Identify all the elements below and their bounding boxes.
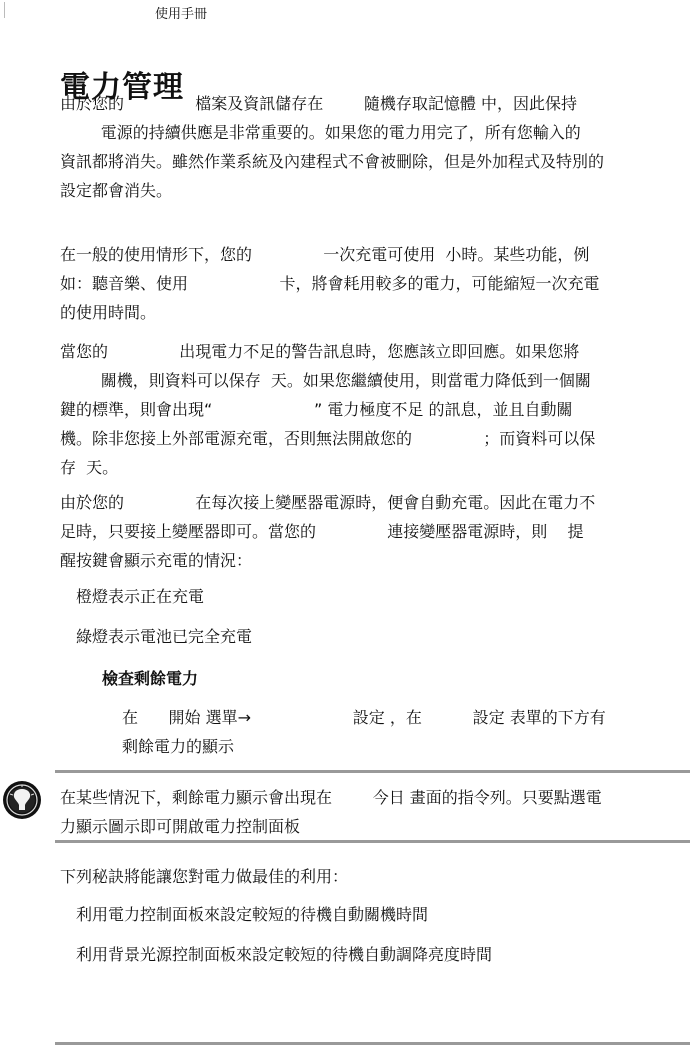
text-line: 關機，則資料可以保存 天。如果您繼續使用，則當電力降低到一個關: [60, 366, 690, 395]
check-power-instructions: 在 開始 選單→ 設定 ，在 設定 表單的下方有 剩餘電力的顯示: [122, 703, 692, 761]
text-line: 醒按鍵會顯示充電的情況：: [60, 546, 690, 575]
text-line: 資訊都將消失。雖然作業系統及內建程式不會被刪除，但是外加程式及特別的: [60, 147, 690, 176]
check-power-heading: 檢查剩餘電力: [102, 666, 198, 689]
text-line: 足時，只要接上變壓器即可。當您的 連接變壓器電源時，則 提: [60, 517, 690, 546]
text-line: 下列秘訣將能讓您對電力做最佳的利用：: [60, 862, 690, 891]
text-line: 鍵的標準，則會出現“ ” 電力極度不足 的訊息，並且自動關: [60, 395, 690, 424]
note-bottom-rule: [55, 840, 690, 843]
text-line: 剩餘電力的顯示: [122, 732, 692, 761]
tips-intro: 下列秘訣將能讓您對電力做最佳的利用：: [60, 862, 690, 891]
text-line: 在 開始 選單→ 設定 ，在 設定 表單的下方有: [122, 703, 692, 732]
text-line: 設定都會消失。: [60, 176, 690, 205]
paragraph-memory: 由於您的 檔案及資訊儲存在 隨機存取記憶體 中，因此保持 電源的持續供應是非常重…: [60, 89, 690, 205]
charge-indicator-green: 綠燈表示電池已完全充電: [76, 626, 252, 648]
note-text: 在某些情況下，剩餘電力顯示會出現在 今日 畫面的指令列。只要點選電 力顯示圖示即…: [60, 783, 690, 841]
text-line: 的使用時間。: [60, 298, 690, 327]
page-margin-mark: [4, 2, 5, 18]
paragraph-charging: 由於您的 在每次接上變壓器電源時，便會自動充電。因此在電力不 足時，只要接上變壓…: [60, 488, 690, 575]
text-line: 在一般的使用情形下，您的 一次充電可使用 小時。某些功能，例: [60, 240, 690, 269]
text-line: 由於您的 檔案及資訊儲存在 隨機存取記憶體 中，因此保持: [60, 89, 690, 118]
text-line: 由於您的 在每次接上變壓器電源時，便會自動充電。因此在電力不: [60, 488, 690, 517]
text-line: 力顯示圖示即可開啟電力控制面板: [60, 812, 690, 841]
lightbulb-tip-icon: [2, 780, 42, 820]
text-line: 電源的持續供應是非常重要的。如果您的電力用完了，所有您輸入的: [60, 118, 690, 147]
text-line: 機。除非您接上外部電源充電，否則無法開啟您的 ；而資料可以保: [60, 424, 690, 453]
running-header: 使用手冊: [155, 3, 207, 22]
paragraph-usage-time: 在一般的使用情形下，您的 一次充電可使用 小時。某些功能，例 如：聽音樂、使用 …: [60, 240, 690, 327]
text-line: 如：聽音樂、使用 卡，將會耗用較多的電力，可能縮短一次充電: [60, 269, 690, 298]
tip-item: 利用背景光源控制面板來設定較短的待機自動調降亮度時間: [76, 944, 492, 966]
text-line: 在某些情況下，剩餘電力顯示會出現在 今日 畫面的指令列。只要點選電: [60, 783, 690, 812]
paragraph-low-power-warning: 當您的 出現電力不足的警告訊息時，您應該立即回應。如果您將 關機，則資料可以保存…: [60, 337, 690, 482]
charge-indicator-orange: 橙燈表示正在充電: [76, 586, 204, 608]
text-line: 當您的 出現電力不足的警告訊息時，您應該立即回應。如果您將: [60, 337, 690, 366]
note-top-rule: [55, 770, 690, 773]
tip-item: 利用電力控制面板來設定較短的待機自動關機時間: [76, 904, 428, 926]
text-line: 存 天。: [60, 453, 690, 482]
